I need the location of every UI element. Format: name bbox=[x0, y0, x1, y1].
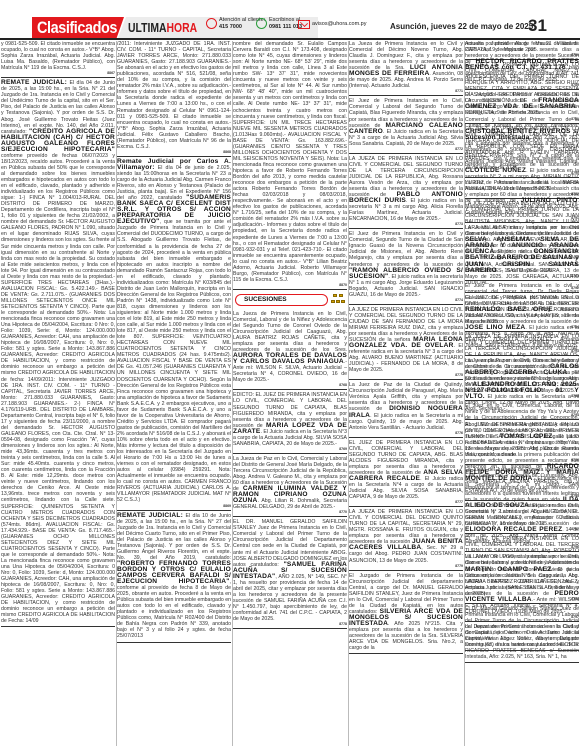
page-number: 31 bbox=[528, 16, 547, 36]
classified-ad: resuelto por providencia de fecha 21 de … bbox=[465, 41, 579, 90]
family-tree-icon bbox=[331, 294, 345, 305]
ad-code: 8772 bbox=[349, 147, 463, 151]
brand-part2: HORA bbox=[167, 20, 198, 35]
ad-body: La Jueza de Primera Instancia en lo Civi… bbox=[233, 311, 347, 353]
ad-highlight: JULIANO PINTO bbox=[521, 197, 578, 204]
ad-highlight: "ROBERTO FERNANDO TORRES BORDON Y OTROS … bbox=[117, 560, 231, 585]
ad-code: 8790 bbox=[465, 171, 579, 175]
ad-highlight: AURORA TORALES DE DAVALOS Y CARLOS DAVAL… bbox=[233, 352, 347, 365]
ad-code: 8778 bbox=[233, 622, 347, 626]
brand-part1: ULTIMA bbox=[128, 20, 167, 35]
classified-ad: y 0981-525-509. El citado inmueble se en… bbox=[1, 41, 115, 78]
ad-lead: REMATE JUDICIAL: bbox=[1, 79, 67, 86]
ad-code: 8796 bbox=[465, 545, 579, 549]
ad-body: El día 10 de Junio de 2025, a las 15:00 … bbox=[117, 513, 231, 561]
classified-ad: La Jueza de Paz en lo Civil, Comercial y… bbox=[233, 456, 347, 517]
ad-body: El Juez de Primera Instancia en lo Civil… bbox=[349, 231, 463, 267]
ad-body: /2011: Interviniente JUZGADO DE 1RA. INS… bbox=[117, 41, 231, 150]
ad-code: 8768 bbox=[233, 383, 347, 387]
phone-icon bbox=[206, 18, 217, 29]
ad-code: 8793 bbox=[465, 349, 579, 353]
section-title-banner: Clasificados bbox=[32, 17, 124, 38]
section-title: Clasificados bbox=[37, 17, 117, 38]
ad-body-tail: , AÑO 2.025, N° 149, SEC. N° 1, ha resue… bbox=[233, 574, 347, 622]
ad-code: 8868 bbox=[117, 150, 231, 154]
classified-ad: EL JUEZ DE PRIMERA INSTANCIA EN LO CIVIL… bbox=[465, 295, 579, 356]
header-rule bbox=[0, 38, 580, 40]
classified-ad: El Juez de Primera Instancia en lo Civil… bbox=[349, 231, 463, 305]
ad-highlight: HECTOR RICARDO PRATTES BENEGAS con C.I. … bbox=[465, 58, 579, 71]
ad-code: 8779 bbox=[349, 564, 463, 568]
classified-ad: El Juzgado de Primera Instancia de la Ci… bbox=[465, 92, 579, 178]
classified-ad: La Juez de Paz de la Ciudad de Quiindy, … bbox=[349, 382, 463, 437]
classified-ad: LA JUEZ DE PRIMERA INSTANCIA EN LO CIVIL… bbox=[349, 307, 463, 381]
ad-highlight: ELIODORA RECALDE PEREZ bbox=[465, 526, 562, 533]
ad-body: La Jueza de Primera Instancia en lo Civi… bbox=[465, 624, 579, 648]
section-header-sucesiones: SUCESIONES bbox=[235, 293, 345, 307]
contact-email-address[interactable]: avisos@uhora.com.py bbox=[312, 21, 367, 28]
ad-code: 8869 bbox=[117, 504, 231, 508]
classified-ad: La Jueza de Primera Instancia en lo Civi… bbox=[465, 554, 579, 621]
ad-code: 8867 bbox=[1, 71, 115, 75]
ad-body: y 0981-525-509. El citado inmueble se en… bbox=[1, 41, 115, 71]
column-2: /2011: Interviniente JUZGADO DE 1RA. INS… bbox=[117, 41, 231, 746]
ad-body: nombre del demandado Sr. Eulalio Campos … bbox=[233, 41, 347, 283]
classified-ad: Remate Judicial por Carlos A. Villamayor… bbox=[117, 159, 231, 511]
classified-ad: La Juez de Primera Instancia de la local… bbox=[465, 180, 579, 223]
classified-ad: La Jueza de Primera Instancia en lo Civi… bbox=[349, 41, 463, 96]
brand-logo: ULTIMAHORA bbox=[128, 19, 197, 36]
classified-ad: /2011: Interviniente JUZGADO DE 1RA. INS… bbox=[117, 41, 231, 157]
ad-body-tail: , conforme al proveído de fecha 8 de May… bbox=[117, 579, 231, 639]
ad-code: 8792 bbox=[465, 286, 579, 290]
classified-ad: EL JUEZ DE PRIMERA INSTANCIA EN LO CIVIL… bbox=[349, 440, 463, 507]
classified-ad: El Juzgado de Primera Instancia de la Ci… bbox=[349, 573, 463, 655]
ad-code: 8776 bbox=[349, 431, 463, 435]
mail-icon bbox=[298, 20, 310, 29]
classified-ad: nombre del demandado Sr. Eulalio Campos … bbox=[233, 41, 347, 290]
ad-code: 8791 bbox=[465, 216, 579, 220]
classified-ad: REMATE JUDICIAL: El día 10 de Junio de 2… bbox=[117, 513, 231, 643]
classified-ad: REMATE JUDICIAL: El día 04 de Junio de 2… bbox=[1, 80, 115, 627]
ad-code: 8769 bbox=[233, 447, 347, 451]
ad-code: 8770 bbox=[233, 510, 347, 514]
contact-email: avisos@uhora.com.py bbox=[298, 20, 367, 29]
ad-code: 8773 bbox=[349, 222, 463, 226]
classified-ad: EL DR. MANUEL GERALDO SAIFILDIN STANLEY … bbox=[233, 519, 347, 629]
classified-ad: La Jueza de Paz en lo Civil, Comercial y… bbox=[465, 358, 579, 419]
classified-ad: LA JUEZA DE PRIMERA INSTANCIA EN LO CIVI… bbox=[349, 509, 463, 570]
ad-highlight: JOSE LINO MEZA bbox=[465, 324, 525, 331]
contact-whatsapp: Escribinos al0981 111 013 bbox=[256, 17, 302, 30]
ad-code: 8794 bbox=[465, 413, 579, 417]
ad-body-tail: , que se tramita por ante el Juzgado de … bbox=[117, 219, 231, 503]
publication-date: Asunción, jueves 22 de mayo de 2025 bbox=[390, 22, 533, 31]
section-label: SUCESIONES bbox=[235, 294, 328, 306]
classified-ad: EDICTO: EL JUEZ DE PRIMERA INSTANCIA EN … bbox=[233, 392, 347, 453]
ad-code: 8870 bbox=[233, 283, 347, 287]
classified-ad: LA JUEZA DE PRIMERA INSTANCIA EN LO CIVI… bbox=[349, 156, 463, 230]
classified-ad: La Jueza de Primera Instancia en lo Civi… bbox=[233, 311, 347, 391]
column-3: nombre del demandado Sr. Eulalio Campos … bbox=[233, 41, 347, 746]
ad-lead: REMATE JUDICIAL: bbox=[117, 512, 183, 519]
ad-body: El Juzgado de Primera Instancia de la Ci… bbox=[465, 92, 579, 128]
classified-ad: La Jueza de Primera Instancia en lo Civi… bbox=[465, 225, 579, 292]
column-1: y 0981-525-509. El citado inmueble se en… bbox=[1, 41, 115, 746]
ad-body-tail: , Año 2.024, N° 263, cita y emplaza por … bbox=[465, 135, 579, 171]
classified-ad: El Juez de Primera Instancia en lo Civil… bbox=[465, 503, 579, 552]
ad-code: 8771 bbox=[349, 89, 463, 93]
whatsapp-icon bbox=[256, 18, 267, 29]
ad-body: EL JUEZ DE PRIMERA INSTANCIA EN LO CIVIL… bbox=[465, 295, 579, 325]
ad-body-tail: conforme proveído de fechas 06/07/2023 y… bbox=[1, 153, 115, 625]
ad-code: 8777 bbox=[349, 500, 463, 504]
classified-ad: La Jueza de Primera Instancia en lo Civi… bbox=[465, 624, 579, 651]
column-4: La Jueza de Primera Instancia en lo Civi… bbox=[349, 41, 463, 746]
ad-code: 8789 bbox=[465, 83, 579, 87]
ad-code: 8775 bbox=[349, 373, 463, 377]
ad-code: 8795 bbox=[465, 494, 579, 498]
column-6: resuelto por providencia de fecha 21 de … bbox=[465, 41, 579, 746]
ad-code: 8797 bbox=[465, 615, 579, 619]
ad-code: 8774 bbox=[349, 298, 463, 302]
ad-body: El Juez de Primera Instancia en lo Civil… bbox=[465, 503, 579, 527]
classified-ad: El Juez de Primera Instancia en lo Civil… bbox=[349, 98, 463, 153]
classified-ad: EL JUEZ DE PRIMERA INSTANCIA EN LO CIVIL… bbox=[465, 422, 579, 502]
ad-body: El día 04 de Junio de 2025, a las 15:00 … bbox=[1, 80, 115, 134]
page-header: Clasificados ULTIMAHORA Atención al clie… bbox=[0, 0, 580, 38]
